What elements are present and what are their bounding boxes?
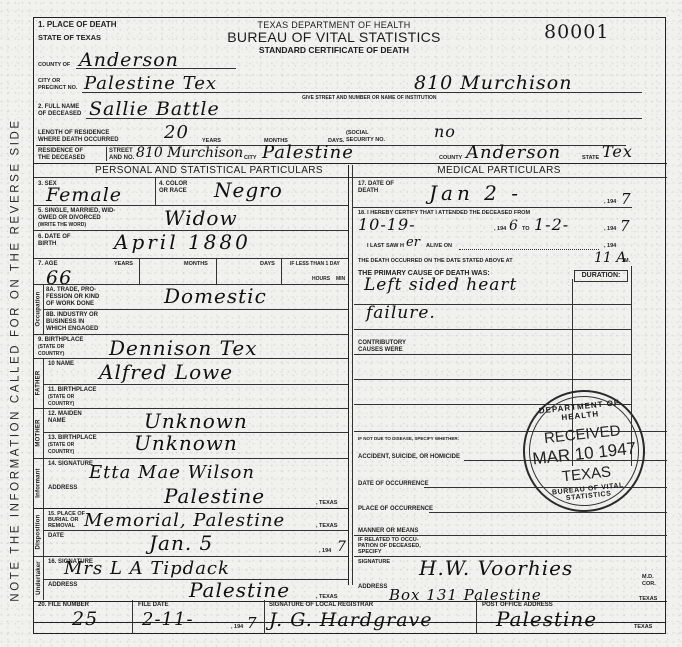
personal-section-title: PERSONAL AND STATISTICAL PARTICULARS <box>74 165 344 176</box>
attended-from-year-prefix: , 194 <box>494 226 506 233</box>
residence-county: Anderson <box>466 142 561 163</box>
res-street-label-2: AND NO. <box>109 155 134 162</box>
death-certificate: 1. PLACE OF DEATH STATE OF TEXAS TEXAS D… <box>33 17 666 623</box>
cor-label: COR. <box>642 581 656 588</box>
death-time: 11 A <box>594 250 626 266</box>
to-label: TO <box>522 226 530 233</box>
md-label: M.D. <box>642 574 654 581</box>
occurrence-date-label: DATE OF OCCURRENCE <box>358 481 429 488</box>
residence-street: 810 Murchison <box>136 145 243 161</box>
cause-line-1: Left sided heart <box>364 275 517 295</box>
dod-year-suffix: 7 <box>621 190 631 208</box>
residence-state: Tex <box>602 142 633 161</box>
trade-label-2: FESSION OR KIND <box>46 294 99 301</box>
birthplace-label-1: 9. BIRTHPLACE <box>38 337 83 344</box>
burial-year-prefix: , 194 <box>319 548 331 555</box>
father-name-label: 10 NAME <box>48 361 74 368</box>
accident-label: ACCIDENT, SUICIDE, OR HOMICIDE <box>358 454 460 461</box>
disposition-tab: Disposition <box>34 508 43 556</box>
sex-value: Female <box>46 184 122 206</box>
race-label-1: 4. COLOR <box>159 181 187 188</box>
burial-date-label: DATE <box>48 533 64 540</box>
res-state-label: STATE <box>582 155 599 162</box>
street-hint: GIVE STREET AND NUMBER OR NAME OF INSTIT… <box>302 95 437 102</box>
years-label: YEARS <box>202 138 221 145</box>
file-year-suffix: 7 <box>247 614 257 632</box>
side-note-text: NOTE THE INFORMATION CALLED FOR ON THE R… <box>10 118 22 601</box>
min-label: MIN <box>336 276 345 283</box>
physician-address-label: ADDRESS <box>358 584 387 591</box>
contributory-label-1: CONTRIBUTORY <box>358 340 406 347</box>
burial-texas-label: , TEXAS <box>316 523 337 530</box>
header-title-block: TEXAS DEPARTMENT OF HEALTH BUREAU OF VIT… <box>209 20 459 55</box>
hours-label: HOURS <box>312 276 330 283</box>
ssn-label-1: (SOCIAL <box>346 130 369 137</box>
mother-birthplace-label-2: (STATE OR <box>48 442 74 449</box>
age-months-label: MONTHS <box>184 261 208 268</box>
mother-maiden-value: Unknown <box>144 409 248 433</box>
mother-maiden-label-2: NAME <box>48 418 66 425</box>
mother-tab: MOTHER <box>34 408 43 458</box>
informant-signature-label: 14. SIGNATURE <box>48 461 93 468</box>
manner-label: MANNER OR MEANS <box>358 528 418 535</box>
ssn-value: no <box>434 122 456 141</box>
last-saw-label-1: I LAST SAW H <box>367 243 404 250</box>
footer-row: 20. FILE NUMBER 25 FILE DATE 2-11- , 194… <box>33 600 666 634</box>
trade-label-3: OF WORK DONE <box>46 301 94 308</box>
informant-address: Palestine <box>164 484 265 508</box>
marital-label-3: (WRITE THE WORD) <box>38 222 86 229</box>
race-value: Negro <box>214 178 283 202</box>
file-date-label: FILE DATE <box>138 602 169 609</box>
mother-maiden-label-1: 12. MAIDEN <box>48 411 82 418</box>
attended-from-year: 6 <box>509 218 518 234</box>
father-name-value: Alfred Lowe <box>99 360 233 384</box>
post-office-texas-label: TEXAS <box>634 624 652 631</box>
burial-place: Memorial, Palestine <box>84 510 285 531</box>
burial-label-3: REMOVAL <box>48 523 75 530</box>
attended-to: 1-2- <box>534 215 569 234</box>
dod-label-1: 17. DATE OF <box>358 181 394 188</box>
marital-label-2: OWED OR DIVORCED <box>38 215 101 222</box>
full-name-label-2: OF DECEASED <box>38 111 81 118</box>
undertaker-address: Palestine <box>189 578 290 602</box>
informant-signature: Etta Mae Wilson <box>89 462 255 483</box>
race-label-2: OR RACE <box>159 188 187 195</box>
place-of-death-label: 1. PLACE OF DEATH <box>38 21 117 29</box>
dob-value: April 1880 <box>114 230 251 254</box>
undertaker-signature: Mrs L A Tipdack <box>64 558 230 579</box>
father-birthplace-label-3: COUNTRY) <box>48 401 74 408</box>
date-of-death: Jan 2 - <box>429 181 522 205</box>
side-note: NOTE THE INFORMATION CALLED FOR ON THE R… <box>6 110 26 610</box>
residence-city: Palestine <box>262 142 354 163</box>
birthplace-label-3: COUNTRY) <box>38 351 64 358</box>
informant-tab: Informant <box>34 458 43 508</box>
informant-texas-label: , TEXAS <box>316 500 337 507</box>
trade-label-1: 8A. TRADE, PRO- <box>46 287 96 294</box>
dob-label-1: 6. DATE OF <box>38 234 71 241</box>
occurrence-place-label: PLACE OF OCCURRENCE <box>358 506 433 513</box>
occupation-related-label-3: SPECIFY <box>358 549 382 556</box>
dob-label-2: BIRTH <box>38 241 56 248</box>
trade-value: Domestic <box>164 284 267 308</box>
form-title: STANDARD CERTIFICATE OF DEATH <box>209 45 459 55</box>
res-county-label: COUNTY <box>439 155 462 162</box>
age-days-label: DAYS <box>260 261 275 268</box>
medical-section-title: MEDICAL PARTICULARS <box>359 165 639 176</box>
father-tab: FATHER <box>34 358 43 408</box>
marital-label-1: 5. SINGLE, MARRIED, WID- <box>38 208 115 215</box>
deceased-name: Sallie Battle <box>89 98 220 120</box>
bureau-name: BUREAU OF VITAL STATISTICS <box>209 30 459 45</box>
post-office-value: Palestine <box>496 607 597 631</box>
informant-address-label: ADDRESS <box>48 485 77 492</box>
age-less-than-day-label: IF LESS THAN 1 DAY <box>290 261 340 268</box>
physician-signature: H.W. Voorhies <box>419 556 573 580</box>
death-time-label: THE DEATH OCCURRED ON THE DATE STATED AB… <box>358 258 513 265</box>
duration-label: DURATION: <box>574 270 628 282</box>
full-name-label-1: 2. FULL NAME <box>38 104 79 111</box>
city-label-1: CITY OR <box>38 78 60 85</box>
contributory-label-2: CAUSES WERE <box>358 347 403 354</box>
cause-line-2: failure. <box>366 303 436 323</box>
file-date: 2-11- <box>142 609 194 630</box>
last-saw-pronoun: er <box>406 235 420 250</box>
residence-length-label-2: WHERE DEATH OCCURRED <box>38 137 119 144</box>
registrar-label: SIGNATURE OF LOCAL REGISTRAR <box>269 602 373 609</box>
father-birthplace-label-2: (STATE OR <box>48 394 74 401</box>
age-years-value: 66 <box>46 267 72 289</box>
industry-label-1: 8B. INDUSTRY OR <box>46 312 98 319</box>
birthplace-label-2: (STATE OR <box>38 344 64 351</box>
dod-year-prefix: , 194 <box>604 199 616 206</box>
undertaker-address-label: ADDRESS <box>48 582 77 589</box>
residence-length-label-1: LENGTH OF RESIDENCE <box>38 130 109 137</box>
city-value: Palestine Tex <box>84 73 217 94</box>
attended-to-year: 7 <box>620 217 630 235</box>
registrar-signature: J. G. Hardgrave <box>269 609 433 631</box>
file-number: 25 <box>72 608 98 630</box>
mother-birthplace-value: Unknown <box>134 431 238 455</box>
last-saw-label-2: ALIVE ON <box>426 243 452 250</box>
res-city-label: CITY <box>244 155 257 162</box>
birthplace-value: Dennison Tex <box>109 336 257 360</box>
burial-year-suffix: 7 <box>337 539 346 555</box>
physician-signature-label: SIGNATURE <box>358 559 390 566</box>
attended-from: 10-19- <box>358 215 416 234</box>
not-disease-label: IF NOT DUE TO DISEASE, SPECIFY WHETHER: <box>358 436 459 443</box>
marital-value: Widow <box>164 206 238 230</box>
file-year-prefix: , 194 <box>231 624 243 631</box>
death-time-suffix: M. <box>624 258 630 265</box>
res-street-label-1: STREET <box>109 148 133 155</box>
mother-birthplace-label-3: COUNTRY) <box>48 449 74 456</box>
age-years-label: YEARS <box>114 261 133 268</box>
undertaker-tab: Undertaker <box>34 556 43 600</box>
occupation-tab: Occupation <box>34 284 43 334</box>
county-label: COUNTY OF <box>38 62 70 69</box>
attended-to-year-prefix: , 194 <box>604 226 616 233</box>
street-value: 810 Murchison <box>414 72 572 94</box>
certificate-number: 80001 <box>544 21 609 43</box>
residence-years: 20 <box>164 122 189 143</box>
residence-label-1: RESIDENCE OF <box>38 148 83 155</box>
mother-birthplace-label-1: 13. BIRTHPLACE <box>48 435 97 442</box>
last-saw-year-prefix: , 194 <box>604 243 616 250</box>
residence-label-2: THE DECEASED <box>38 155 85 162</box>
industry-label-3: WHICH ENGAGED <box>46 326 98 333</box>
dod-label-2: DEATH <box>358 188 378 195</box>
industry-label-2: BUSINESS IN <box>46 319 84 326</box>
father-birthplace-label-1: 11. BIRTHPLACE <box>48 387 96 394</box>
state-label: STATE OF TEXAS <box>38 34 101 42</box>
city-label-2: PRECINCT NO. <box>38 85 77 92</box>
burial-date: Jan. 5 <box>149 531 213 555</box>
